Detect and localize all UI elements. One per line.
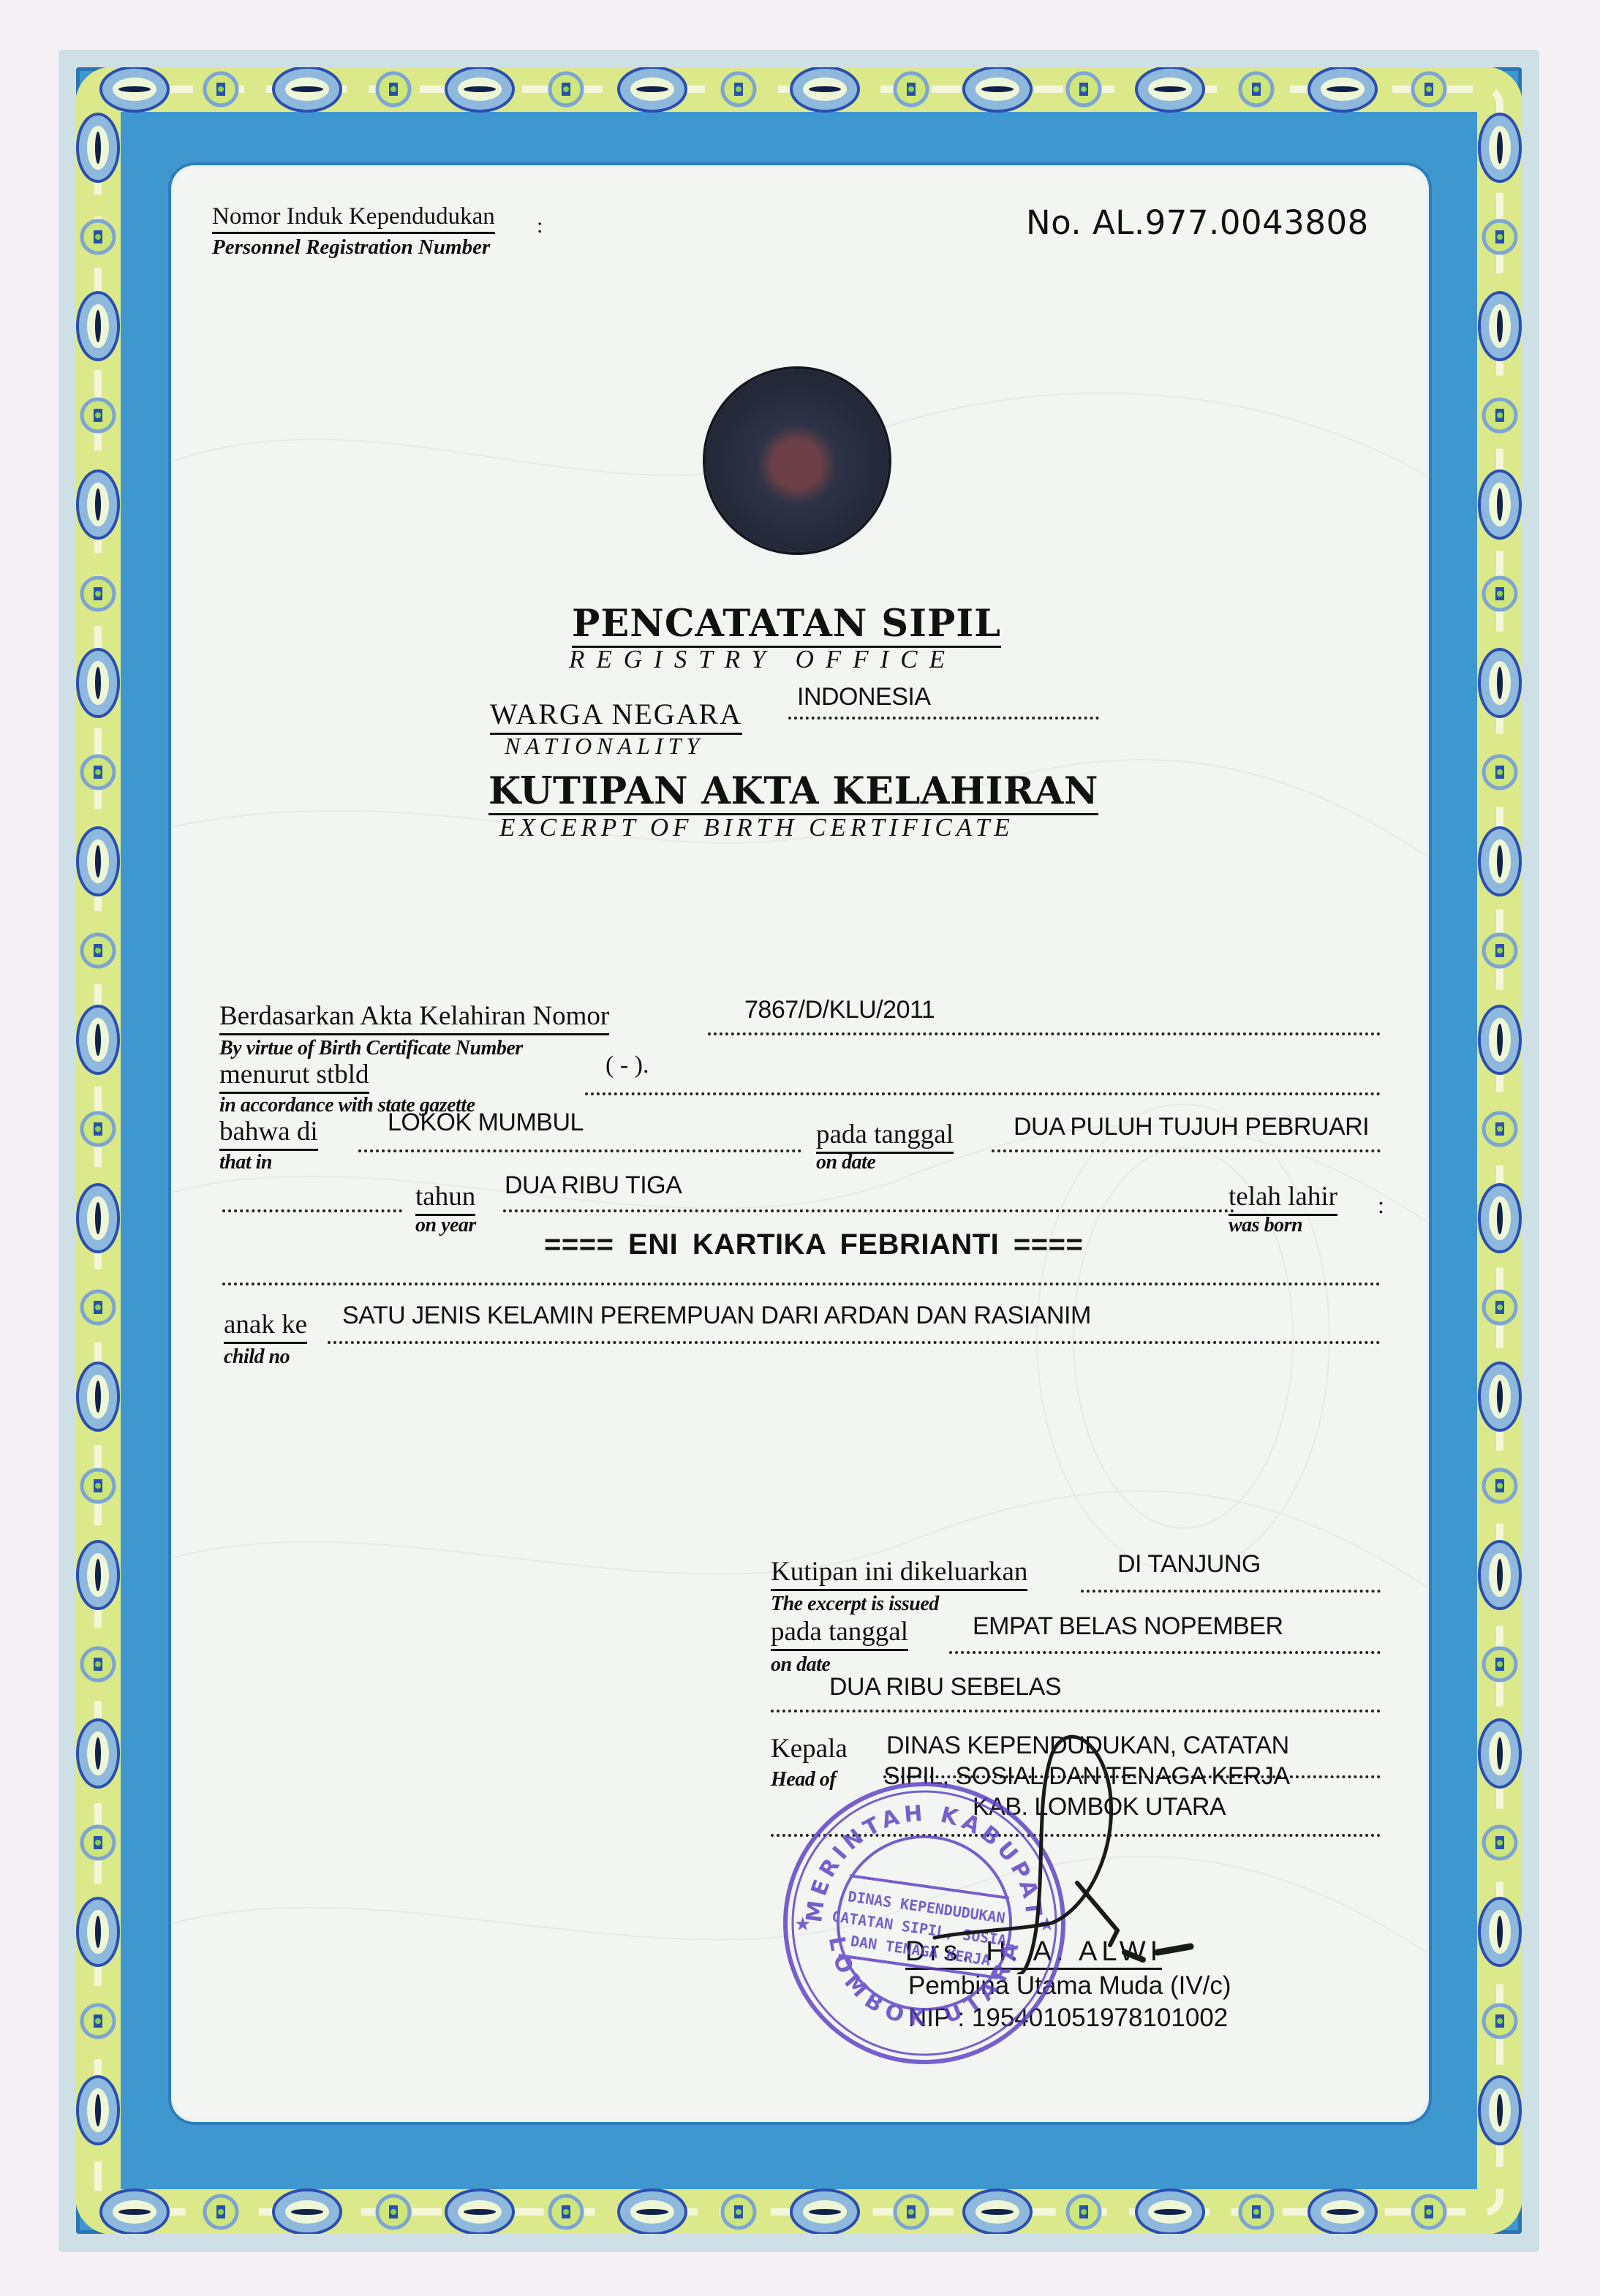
stbld-label: menurut stbld: [219, 1059, 369, 1094]
issue-place-label: Kutipan ini dikeluarkan: [771, 1556, 1027, 1591]
official-signature: [869, 1711, 1249, 1974]
issue-place-label-english: The excerpt is issued: [771, 1594, 939, 1615]
child-order-value: SATU JENIS KELAMIN PEREMPUAN DARI ARDAN …: [342, 1302, 1091, 1330]
certificate-number-value: 7867/D/KLU/2011: [744, 996, 935, 1024]
office-title-english: REGISTRY OFFICE: [569, 645, 956, 674]
issue-date-value: EMPAT BELAS NOPEMBER: [973, 1612, 1283, 1641]
dotted-line: [222, 1209, 402, 1212]
dotted-line: [222, 1283, 1381, 1285]
certificate-paper: Nomor Induk Kependudukan Personnel Regis…: [174, 168, 1426, 2119]
svg-text:★: ★: [794, 1914, 811, 1935]
dotted-line: [358, 1149, 801, 1152]
office-title: PENCATATAN SIPIL: [572, 602, 1001, 648]
birth-place-label-english: that in: [219, 1152, 272, 1173]
was-born-label: telah lahir: [1229, 1181, 1337, 1216]
birth-date-value: DUA PULUH TUJUH PEBRUARI: [1014, 1113, 1369, 1141]
was-born-label-english: was born: [1229, 1215, 1302, 1236]
dotted-line: [503, 1209, 1234, 1212]
serial-number: No. AL.977.0043808: [1026, 203, 1369, 242]
dotted-line: [1081, 1590, 1381, 1593]
nik-label: Nomor Induk Kependudukan: [212, 203, 495, 234]
issue-place-value: DI TANJUNG: [1117, 1550, 1261, 1579]
nationality-label: WARGA NEGARA: [490, 697, 742, 735]
dotted-line: [788, 717, 1099, 720]
issue-date-label-english: on date: [771, 1655, 830, 1675]
dotted-line: [949, 1651, 1381, 1654]
nik-label-english: Personnel Registration Number: [212, 235, 490, 260]
document-title: KUTIPAN AKTA KELAHIRAN: [488, 769, 1098, 815]
dotted-line: [708, 1032, 1381, 1035]
nationality-label-english: NATIONALITY: [505, 733, 704, 760]
dotted-line: [328, 1341, 1381, 1344]
child-name: ==== ENI KARTIKA FEBRIANTI ====: [544, 1228, 1083, 1261]
nationality-value: INDONESIA: [797, 683, 931, 711]
birth-date-label: pada tanggal: [816, 1119, 954, 1154]
was-born-colon: :: [1378, 1192, 1384, 1219]
stbld-value: ( - ).: [605, 1051, 649, 1079]
certificate-number-label: Berdasarkan Akta Kelahiran Nomor: [219, 1000, 609, 1035]
issue-date-label: pada tanggal: [771, 1616, 908, 1651]
national-emblem-seal-icon: [706, 369, 888, 552]
dotted-line: [585, 1092, 1381, 1095]
birth-place-value: LOKOK MUMBUL: [388, 1109, 584, 1137]
certificate-number-label-english: By virtue of Birth Certificate Number: [219, 1038, 523, 1059]
head-label: Kepala: [771, 1733, 848, 1764]
document-title-english: EXCERPT OF BIRTH CERTIFICATE: [499, 813, 1014, 842]
child-order-label-english: child no: [224, 1347, 290, 1367]
birth-year-value: DUA RIBU TIGA: [505, 1171, 682, 1200]
issue-year-value: DUA RIBU SEBELAS: [829, 1673, 1061, 1702]
nik-colon: :: [537, 214, 543, 238]
birth-year-label-english: on year: [415, 1215, 476, 1236]
birth-place-label: bahwa di: [219, 1116, 318, 1151]
dotted-line: [992, 1149, 1381, 1152]
child-order-label: anak ke: [224, 1309, 307, 1344]
birth-year-label: tahun: [415, 1181, 475, 1216]
birth-date-label-english: on date: [816, 1152, 875, 1173]
